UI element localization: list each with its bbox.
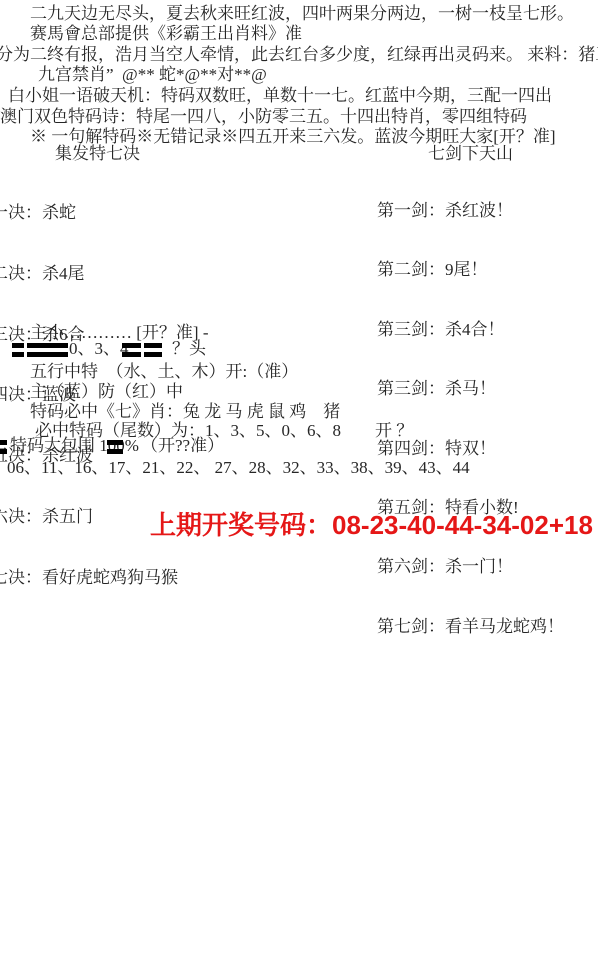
wuxing-line: 五行中特 （水、土、木）开:（准） [30,362,298,382]
zhufang-line: 主（蓝）防（红）中 [30,382,183,402]
black-bars-left-icon [12,343,68,357]
jue-item: 一决：杀蛇 [0,203,178,224]
jian-item: 第三剑：杀马！ [377,379,564,398]
zodiac-line: 特码必中《七》肖：兔 龙 马 虎 鼠 鸡 猪 [30,402,340,422]
jian-item: 第一剑：杀红波！ [377,201,564,220]
left-column-title: 集发特七决 [55,144,140,164]
edge-bar-icon [0,440,7,454]
mid-bar-icon [107,440,123,454]
baowei-result: （开??准） [141,436,224,456]
prev-draw-line: 上期开奖号码：08-23-40-44-34-02+18 [150,505,593,542]
coverage-numbers-line: 06、11、16、17、21、22、 27、28、32、33、38、39、43、… [7,458,470,478]
aomen-line: 澳门双色特码诗：特尾一四八，小防零三五。十四出特肖，零四组特码 [0,107,527,127]
baixiaojie-line: 白小姐一语破天机：特码双数旺，单数十一七。红蓝中今期，三配一四出 [8,86,552,106]
jian-item: 第七剑：看羊马龙蛇鸡！ [377,617,564,636]
jian-item: 第六剑：杀一门！ [377,557,564,576]
poem-line-1: 二九天边无尽头，夏去秋来旺红波，四叶两果分两边，一树一枝呈七形。 [30,4,574,24]
bars-numbers-text: 0、3、4 [69,339,129,359]
bars-tail-text: ？头 [172,339,206,359]
jian-item: 第三剑：杀4合！ [377,320,564,339]
baowei-row: 特码大包围 100% （开??准） [0,436,598,456]
seven-jian-list: 第一剑：杀红波！ 第二剑：9尾！ 第三剑：杀4合！ 第三剑：杀马！ 第四剑：特双… [377,161,564,676]
tip-sheet-page: 二九天边无尽头，夏去秋来旺红波，四叶两果分两边，一树一枝呈七形。 赛馬會总部提供… [0,0,598,957]
jue-item: 二决：杀4尾 [0,264,178,285]
prev-draw-numbers: 08-23-40-44-34-02+18 [332,510,593,540]
jue-item: 七决：看好虎蛇鸡狗马猴 [0,568,178,589]
black-bars-right-icon [122,343,162,357]
jian-item: 第二剑：9尾！ [377,260,564,279]
jiugong-line: 九宫禁肖” @** 蛇*@**对**@ [38,65,267,85]
prev-draw-label: 上期开奖号码： [150,510,332,540]
bars-row: 0、3、4 ？头 [0,341,598,359]
poem-line-2: 分为二终有报，浩月当空人牵情，此去红台多少度，红绿再出灵码来。 来料：猪三 开？ [0,45,598,65]
provider-line: 赛馬會总部提供《彩霸王出肖料》准 [30,24,302,44]
